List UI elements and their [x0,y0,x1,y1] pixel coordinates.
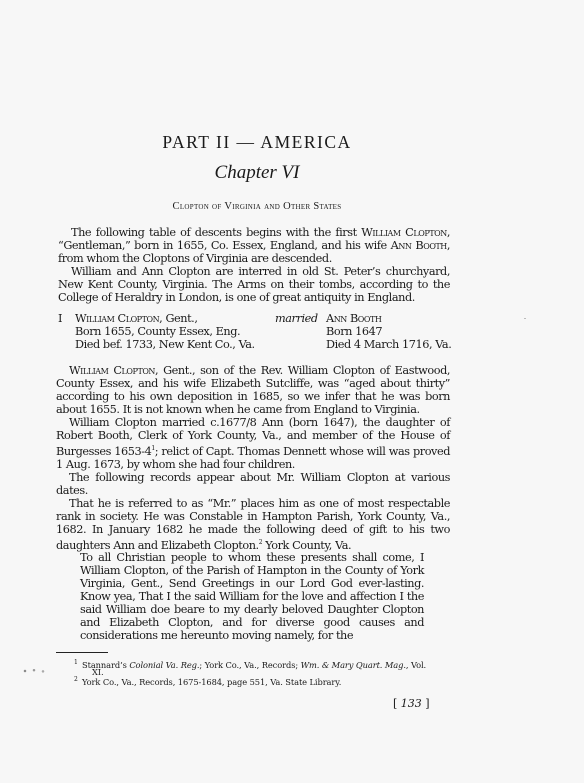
narrative-paragraph-1: William Clopton, Gent., son of the Rev. … [56,364,450,416]
page-number: [ 133 ] [393,697,430,710]
intro-section: The following table of descents begins w… [58,226,450,304]
chapter-title: Chapter VI [0,162,514,184]
descent-row-born: Born 1655, County Essex, Eng. Born 1647 [58,325,450,338]
descent-table: I William Clopton, Gent., married Ann Bo… [58,312,450,351]
footnote: 1Stannard’s Colonial Va. Reg.; York Co.,… [70,660,460,670]
husband-died: Died bef. 1733, New Kent Co., Va. [75,338,255,351]
footnotes: 1Stannard’s Colonial Va. Reg.; York Co.,… [70,660,460,687]
deed-quote: To all Christian people to whom these pr… [80,551,424,642]
footnote-mark: 2 [74,675,78,685]
intro-paragraph-1: The following table of descents begins w… [58,226,450,265]
scan-smudge [22,669,52,673]
narrative-section: William Clopton, Gent., son of the Rev. … [56,364,450,552]
descent-row-names: I William Clopton, Gent., married Ann Bo… [58,312,450,325]
generation-number: I [58,312,62,325]
wife-died: Died 4 March 1716, Va. [326,338,451,351]
married-label: married [275,312,318,325]
scan-speck [524,318,526,319]
husband-born: Born 1655, County Essex, Eng. [75,325,240,338]
wife-born: Born 1647 [326,325,382,338]
footnote-divider [56,652,108,653]
person-name: Ann Booth [391,239,447,252]
part-title: PART II — AMERICA [0,132,514,153]
narrative-paragraph-3: The following records appear about Mr. W… [56,471,450,497]
husband-name: William Clopton, Gent., [75,312,197,325]
person-name: William Clopton [361,226,447,239]
intro-paragraph-2: William and Ann Clopton are interred in … [58,265,450,304]
wife-name: Ann Booth [326,312,381,325]
section-heading: Clopton of Virginia and Other States [0,201,514,212]
narrative-paragraph-4: That he is referred to as “Mr.” places h… [56,497,450,552]
descent-row-died: Died bef. 1733, New Kent Co., Va. Died 4… [58,338,450,351]
footnote-mark: 1 [74,658,78,668]
footnote: 2York Co., Va., Records, 1675-1684, page… [70,677,460,687]
narrative-paragraph-2: William Clopton married c.1677/8 Ann (bo… [56,416,450,471]
